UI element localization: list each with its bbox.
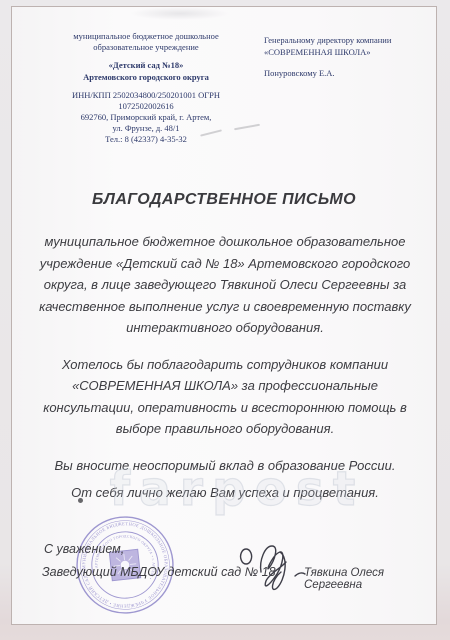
letter-paper: муниципальное бюджетное дошкольное образ… bbox=[11, 6, 437, 625]
closing-salutation: С уважением, bbox=[44, 542, 124, 556]
scanned-letter-photo: { "document": { "sender": { "org_line1":… bbox=[0, 0, 450, 640]
sender-org-line: образовательное учреждение bbox=[40, 42, 252, 53]
sender-org-name: «Детский сад №18» bbox=[40, 59, 252, 71]
recipient-line: «СОВРЕМЕННАЯ ШКОЛА» bbox=[264, 46, 438, 58]
photo-watermark: farpost bbox=[30, 462, 444, 517]
sender-requisite: ИНН/КПП 2502034800/250201001 ОГРН bbox=[40, 90, 252, 101]
handwritten-signature bbox=[238, 534, 312, 594]
recipient-line: Генеральному директору компании bbox=[264, 34, 438, 46]
sender-org-line: муниципальное бюджетное дошкольное bbox=[40, 31, 252, 42]
letter-title: БЛАГОДАРСТВЕННОЕ ПИСЬМО bbox=[12, 191, 436, 209]
recipient-person: Понуровскому Е.А. bbox=[264, 67, 438, 79]
recipient-header: Генеральному директору компании «СОВРЕМЕ… bbox=[264, 34, 438, 79]
scan-smudge bbox=[130, 7, 230, 20]
signer-name: Тявкина Олеся Сергеевна bbox=[304, 567, 436, 591]
sender-requisite: Тел.: 8 (42337) 4-35-32 bbox=[40, 134, 252, 145]
body-paragraph: муниципальное бюджетное дошкольное образ… bbox=[36, 231, 414, 339]
sender-org-name: Артемовского городского округа bbox=[40, 71, 252, 83]
sender-requisite: 1072502002616 bbox=[40, 101, 252, 112]
sender-requisite: 692760, Приморский край, г. Артем, bbox=[40, 112, 252, 123]
dust-speck bbox=[78, 498, 83, 503]
sender-header: муниципальное бюджетное дошкольное образ… bbox=[40, 31, 252, 145]
body-paragraph: Хотелось бы поблагодарить сотрудников ко… bbox=[36, 354, 414, 440]
